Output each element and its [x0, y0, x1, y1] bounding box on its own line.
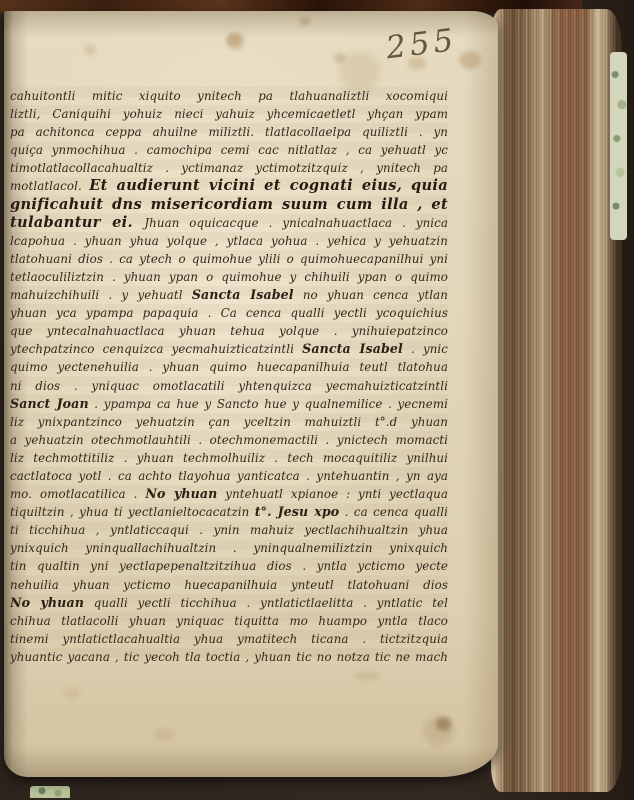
manuscript-text-segment: nehuilia yhuan ycticmo huecapanilhuia yn… — [10, 578, 448, 592]
stain — [300, 17, 310, 26]
manuscript-text-segment: No yhuan — [10, 595, 84, 610]
manuscript-text-segment: yhuan yca ypampa papaquia . Ca cenca qua… — [10, 306, 448, 320]
manuscript-line: cactlatoca yotl . ca achto tlayohua yant… — [10, 467, 448, 485]
manuscript-text-segment: liz techmottitiliz . yhuan techmolhuiliz… — [10, 451, 448, 465]
marbled-endpaper — [610, 52, 627, 240]
manuscript-line: quiça ynmochihua . camochipa cemi cac ni… — [10, 141, 448, 159]
manuscript-text-segment: mo. omotlacatilica . — [10, 487, 145, 501]
manuscript-line: tinemi yntlatictlacahualtia yhua ymatite… — [10, 630, 448, 648]
manuscript-text-segment: tin qualtin yni yectlapepenaltzitzihua d… — [10, 559, 448, 573]
manuscript-text-segment: tinemi yntlatictlacahualtia yhua ymatite… — [10, 632, 448, 646]
manuscript-text-segment: tlatohuani dios . ca ytech o quimohue yl… — [10, 252, 448, 266]
manuscript-text-segment: ni dios . yniquac omotlacatili yhtenquiz… — [10, 379, 448, 393]
manuscript-text-segment: liz ynixpantzinco yehuatzin çan yceltzin… — [10, 415, 448, 429]
manuscript-line: mo. omotlacatilica . No yhuan yntehuatl … — [10, 485, 448, 503]
page-number: 255 — [384, 20, 478, 67]
manuscript-text-segment: tulabantur ei. — [10, 214, 144, 231]
manuscript-line: No yhuan qualli yectli ticchihua . yntla… — [10, 594, 448, 612]
manuscript-line: ni dios . yniquac omotlacatili yhtenquiz… — [10, 377, 448, 395]
manuscript-line: nehuilia yhuan ycticmo huecapanilhuia yn… — [10, 576, 448, 594]
manuscript-line: mahuizchihuili . y yehuatl Sancta Isabel… — [10, 286, 448, 304]
manuscript-line: yhuantic yacana , tic yecoh tla toctia ,… — [10, 648, 448, 666]
stain — [154, 729, 174, 741]
manuscript-text-segment: cactlatoca yotl . ca achto tlayohua yant… — [10, 469, 448, 483]
manuscript-line: gnificahuit dns misericordiam suum cum i… — [10, 196, 448, 214]
manuscript-line: liztli, Caniquihi yohuiz nieci yahuiz yh… — [10, 105, 448, 123]
manuscript-text-segment: liztli, Caniquihi yohuiz nieci yahuiz yh… — [10, 107, 448, 121]
manuscript-text-segment: ti ticchihua , yntlaticcaqui . ynin mahu… — [10, 523, 448, 537]
manuscript-line: pa achitonca ceppa ahuilne miliztli. tla… — [10, 123, 448, 141]
manuscript-text-segment: cahuitontli mitic xiquito ynitech pa tla… — [10, 89, 448, 103]
manuscript-text-segment: a yehuatzin otechmotlauhtili . otechmone… — [10, 433, 448, 447]
manuscript-text-segment: tetlaoculiliztzin . yhuan ypan o quimohu… — [10, 270, 448, 284]
manuscript-line: cahuitontli mitic xiquito ynitech pa tla… — [10, 87, 448, 105]
manuscript-text-segment: ynixquich yninquallachihualtzin . yninqu… — [10, 541, 448, 555]
marbled-endpaper-bottom — [30, 786, 70, 798]
stain — [226, 33, 242, 47]
manuscript-line: tiquiltzin , yhua ti yectlanieltocacatzi… — [10, 503, 448, 521]
manuscript-line: liz ynixpantzinco yehuatzin çan yceltzin… — [10, 413, 448, 431]
stain — [436, 717, 451, 731]
manuscript-text-segment: gnificahuit dns misericordiam suum cum i… — [10, 196, 448, 214]
manuscript-text-segment: Jhuan oquicacque . ynicalnahuactlaca . y… — [144, 216, 448, 230]
manuscript-text-segment: timotlatlacollacahualtiz . yctimanaz yct… — [10, 161, 448, 175]
manuscript-line: motlatlacol. Et audierunt vicini et cogn… — [10, 177, 448, 195]
manuscript-text-segment: quiça ynmochihua . camochipa cemi cac ni… — [10, 143, 448, 157]
manuscript-text-segment: yntehuatl xpianoe : ynti yectlaqua — [217, 487, 448, 501]
manuscript-page: 255 cahuitontli mitic xiquito ynitech pa… — [4, 11, 498, 777]
manuscript-text-segment: yhuantic yacana , tic yecoh tla toctia ,… — [10, 650, 448, 664]
manuscript-text-segment: chihua tlatlacolli yhuan yniquac tiquitt… — [10, 614, 448, 628]
manuscript-text-segment: ytechpatzinco cenquizca yecmahuizticatzi… — [10, 342, 302, 356]
manuscript-text-segment: tiquiltzin , yhua ti yectlanieltocacatzi… — [10, 505, 255, 519]
photo-frame: 255 cahuitontli mitic xiquito ynitech pa… — [0, 0, 634, 800]
manuscript-line: ytechpatzinco cenquizca yecmahuizticatzi… — [10, 340, 448, 358]
manuscript-text-segment: qualli yectli ticchihua . yntlatictlaeli… — [84, 596, 448, 610]
manuscript-text-segment: no yhuan cenca ytlan — [294, 288, 448, 302]
manuscript-line: a yehuatzin otechmotlauhtili . otechmone… — [10, 431, 448, 449]
manuscript-line: que yntecalnahuactlaca yhuan tehua yolqu… — [10, 322, 448, 340]
manuscript-text-segment: pa achitonca ceppa ahuilne miliztli. tla… — [10, 125, 448, 139]
manuscript-text-segment: . ynic — [403, 342, 448, 356]
manuscript-line: tulabantur ei. Jhuan oquicacque . ynical… — [10, 214, 448, 232]
manuscript-line: ynixquich yninquallachihualtzin . yninqu… — [10, 539, 448, 557]
manuscript-line: tin qualtin yni yectlapepenaltzitzihua d… — [10, 557, 448, 575]
stain — [64, 687, 80, 699]
manuscript-line: liz techmottitiliz . yhuan techmolhuiliz… — [10, 449, 448, 467]
fore-edge-pages — [491, 9, 622, 792]
manuscript-line: ti ticchihua , yntlaticcaqui . ynin mahu… — [10, 521, 448, 539]
manuscript-line: yhuan yca ypampa papaquia . Ca cenca qua… — [10, 304, 448, 322]
manuscript-text-segment: que yntecalnahuactlaca yhuan tehua yolqu… — [10, 324, 448, 338]
manuscript-line: tetlaoculiliztzin . yhuan ypan o quimohu… — [10, 268, 448, 286]
manuscript-text-segment: lcapohua . yhuan yhua yolque , ytlaca yo… — [10, 234, 448, 248]
manuscript-text-segment: . ypampa ca hue y Sancto hue y qualnemil… — [89, 397, 448, 411]
manuscript-text-segment: Sancta Isabel — [192, 287, 294, 302]
manuscript-line: Sanct Joan . ypampa ca hue y Sancto hue … — [10, 395, 448, 413]
manuscript-text-segment: No yhuan — [145, 486, 217, 501]
text-block: cahuitontli mitic xiquito ynitech pa tla… — [10, 87, 448, 666]
manuscript-line: tlatohuani dios . ca ytech o quimohue yl… — [10, 250, 448, 268]
manuscript-line: chihua tlatlacolli yhuan yniquac tiquitt… — [10, 612, 448, 630]
stain — [354, 671, 380, 681]
manuscript-text-segment: Sanct Joan — [10, 396, 89, 411]
manuscript-line: timotlatlacollacahualtiz . yctimanaz yct… — [10, 159, 448, 177]
manuscript-line: quimo yectenehuilia . yhuan quimo huecap… — [10, 358, 448, 376]
manuscript-text-segment: mahuizchihuili . y yehuatl — [10, 288, 192, 302]
manuscript-line: lcapohua . yhuan yhua yolque , ytlaca yo… — [10, 232, 448, 250]
manuscript-text-segment: quimo yectenehuilia . yhuan quimo huecap… — [10, 360, 448, 374]
stain — [334, 53, 346, 63]
stain — [84, 45, 96, 55]
manuscript-text-segment: motlatlacol. — [10, 179, 89, 193]
manuscript-text-segment: t°. Jesu xpo — [255, 504, 340, 519]
manuscript-text-segment: Sancta Isabel — [302, 341, 403, 356]
